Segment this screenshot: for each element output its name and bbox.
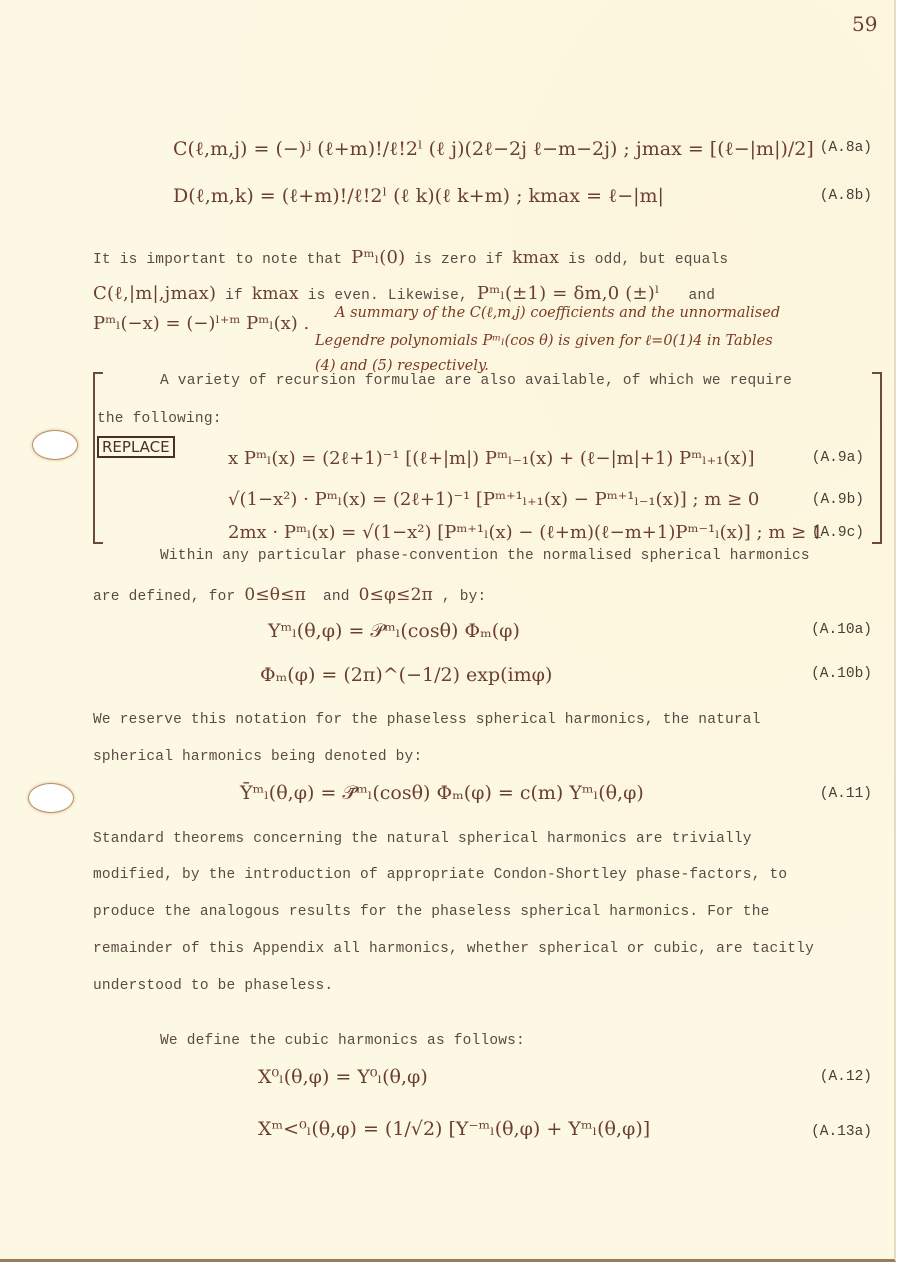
equation-a12: X⁰ₗ(θ,φ) = Y⁰ₗ(θ,φ) <box>258 1066 428 1088</box>
equation-label-a13a: (A.13a) <box>811 1124 872 1140</box>
text-run: It is important to note that <box>93 252 342 268</box>
text-run: if <box>225 288 243 304</box>
paragraph-4-line-1: We reserve this notation for the phasele… <box>93 712 761 728</box>
punch-hole-bottom <box>28 783 74 813</box>
paragraph-2-line-2: the following: <box>97 411 222 427</box>
text-run: is odd, but equals <box>568 252 728 268</box>
paragraph-4-line-2: spherical harmonics being denoted by: <box>93 749 422 765</box>
paragraph-1-line-2: C(ℓ,|m|,jmax) if kmax is even. Likewise,… <box>93 283 715 304</box>
math-phi-range: 0≤φ≤2π <box>359 585 433 605</box>
equation-a13a: Xᵐ<⁰ₗ(θ,φ) = (1/√2) [Y⁻ᵐₗ(θ,φ) + Yᵐₗ(θ,φ… <box>258 1118 650 1140</box>
equation-a10a: Yᵐₗ(θ,φ) = 𝒫ᵐₗ(cosθ) Φₘ(φ) <box>268 620 520 642</box>
handwritten-note-line-2: Legendre polynomials Pᵐₗ(cos θ) is given… <box>315 333 773 350</box>
equation-label-a8b: (A.8b) <box>820 188 872 204</box>
math-kmax: kmax <box>512 248 559 268</box>
handwritten-note-line-1: A summary of the C(ℓ,m,j) coefficients a… <box>335 305 780 322</box>
punch-hole-top <box>32 430 78 460</box>
handwritten-note-line-3: (4) and (5) respectively. <box>315 358 489 374</box>
text-run: is zero if <box>414 252 503 268</box>
paragraph-5-line-2: modified, by the introduction of appropr… <box>93 867 787 883</box>
paragraph-1-line-1: It is important to note that Pᵐₗ(0) is z… <box>93 247 728 268</box>
text-run: and <box>323 589 350 605</box>
paragraph-2-line-1: A variety of recursion formulae are also… <box>160 373 792 389</box>
equation-a9a: x Pᵐₗ(x) = (2ℓ+1)⁻¹ [(ℓ+|m|) Pᵐₗ₋₁(x) + … <box>228 448 755 469</box>
equation-label-a9a: (A.9a) <box>812 450 864 466</box>
paragraph-5-line-3: produce the analogous results for the ph… <box>93 904 770 920</box>
math-p-plusminus-one: Pᵐₗ(±1) = δm,0 (±)ˡ <box>477 283 660 304</box>
margin-bracket-left <box>93 372 103 544</box>
margin-bracket-right <box>872 372 882 544</box>
equation-label-a9c: (A.9c) <box>812 525 864 541</box>
paragraph-5-line-4: remainder of this Appendix all harmonics… <box>93 941 814 957</box>
text-run: and <box>688 288 715 304</box>
paragraph-5-line-1: Standard theorems concerning the natural… <box>93 831 752 847</box>
math-p-zero: Pᵐₗ(0) <box>351 247 405 268</box>
math-c-jmax: C(ℓ,|m|,jmax) <box>93 283 216 304</box>
equation-label-a10a: (A.10a) <box>811 622 872 638</box>
equation-a8b: D(ℓ,m,k) = (ℓ+m)!/ℓ!2ˡ (ℓ k)(ℓ k+m) ; km… <box>173 185 664 208</box>
text-run: , by: <box>442 589 487 605</box>
equation-label-a8a: (A.8a) <box>820 140 872 156</box>
text-run: is even. Likewise, <box>308 288 468 304</box>
paragraph-5-line-5: understood to be phaseless. <box>93 978 333 994</box>
equation-a9c: 2mx · Pᵐₗ(x) = √(1−x²) [Pᵐ⁺¹ₗ(x) − (ℓ+m)… <box>228 522 823 543</box>
paragraph-3-line-2: are defined, for 0≤θ≤π and 0≤φ≤2π , by: <box>93 585 486 605</box>
text-run: are defined, for <box>93 589 235 605</box>
equation-label-a9b: (A.9b) <box>812 492 864 508</box>
math-theta-range: 0≤θ≤π <box>244 585 306 605</box>
document-page: 59 C(ℓ,m,j) = (−)ʲ (ℓ+m)!/ℓ!2ˡ (ℓ j)(2ℓ−… <box>0 0 896 1262</box>
page-number: 59 <box>852 12 877 36</box>
math-parity-relation: Pᵐₗ(−x) = (−)ˡ⁺ᵐ Pᵐₗ(x) . <box>93 313 309 334</box>
replace-annotation-box: REPLACE <box>97 436 175 458</box>
paragraph-3-line-1: Within any particular phase-convention t… <box>160 548 810 564</box>
equation-label-a12: (A.12) <box>820 1069 872 1085</box>
equation-a9b: √(1−x²) · Pᵐₗ(x) = (2ℓ+1)⁻¹ [Pᵐ⁺¹ₗ₊₁(x) … <box>228 489 759 510</box>
equation-label-a10b: (A.10b) <box>811 666 872 682</box>
paragraph-6-line-1: We define the cubic harmonics as follows… <box>160 1033 525 1049</box>
equation-label-a11: (A.11) <box>820 786 872 802</box>
math-kmax: kmax <box>252 284 299 304</box>
equation-a10b: Φₘ(φ) = (2π)^(−1/2) exp(imφ) <box>260 664 552 686</box>
equation-a11: Ȳᵐₗ(θ,φ) = 𝒫̄ᵐₗ(cosθ) Φₘ(φ) = c(m) Yᵐₗ(θ… <box>240 782 644 804</box>
equation-a8a: C(ℓ,m,j) = (−)ʲ (ℓ+m)!/ℓ!2ˡ (ℓ j)(2ℓ−2j … <box>173 138 814 161</box>
